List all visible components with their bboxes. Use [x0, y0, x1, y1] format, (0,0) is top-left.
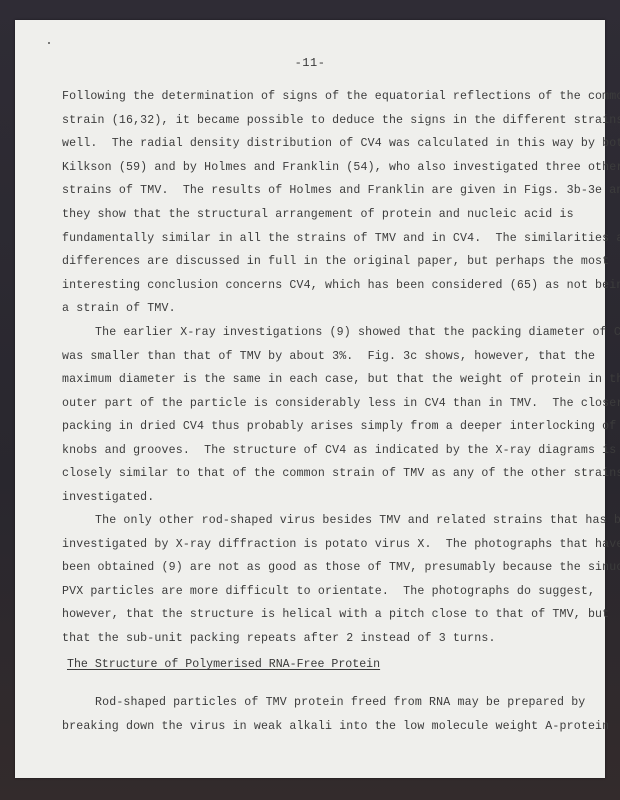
paragraph-2-line: packing in dried CV4 thus probably arise… — [62, 420, 616, 433]
paragraph-1-line: interesting conclusion concerns CV4, whi… — [62, 279, 620, 292]
paragraph-2-line: The earlier X-ray investigations (9) sho… — [95, 326, 620, 339]
paper-speck — [48, 42, 50, 44]
paragraph-2-line: investigated. — [62, 491, 154, 504]
paragraph-3-line: investigated by X-ray diffraction is pot… — [62, 538, 620, 551]
paragraph-1-line: differences are discussed in full in the… — [62, 255, 609, 268]
paragraph-2-line: outer part of the particle is considerab… — [62, 397, 620, 410]
paragraph-2-line: was smaller than that of TMV by about 3%… — [62, 350, 595, 363]
paragraph-2-line: maximum diameter is the same in each cas… — [62, 373, 620, 386]
paragraph-1-line: they show that the structural arrangemen… — [62, 208, 574, 221]
paragraph-1-line: well. The radial density distribution of… — [62, 137, 620, 150]
paragraph-1-line: a strain of TMV. — [62, 302, 176, 315]
paragraph-1-line: Following the determination of signs of … — [62, 90, 620, 103]
section-paragraph-line: Rod-shaped particles of TMV protein free… — [95, 696, 585, 709]
section-heading: The Structure of Polymerised RNA-Free Pr… — [67, 658, 380, 671]
paragraph-3-line: that the sub-unit packing repeats after … — [62, 632, 496, 645]
paragraph-3-line: PVX particles are more difficult to orie… — [62, 585, 595, 598]
paragraph-3-line: been obtained (9) are not as good as tho… — [62, 561, 620, 574]
paragraph-1-line: fundamentally similar in all the strains… — [62, 232, 620, 245]
paragraph-3-line: however, that the structure is helical w… — [62, 608, 609, 621]
paragraph-1-line: Kilkson (59) and by Holmes and Franklin … — [62, 161, 620, 174]
section-paragraph-line: breaking down the virus in weak alkali i… — [62, 720, 609, 733]
paragraph-2-line: closely similar to that of the common st… — [62, 467, 620, 480]
paragraph-1-line: strain (16,32), it became possible to de… — [62, 114, 620, 127]
page-number: -11- — [0, 56, 620, 70]
paragraph-3-line: The only other rod-shaped virus besides … — [95, 514, 620, 527]
paragraph-1-line: strains of TMV. The results of Holmes an… — [62, 184, 620, 197]
paragraph-2-line: knobs and grooves. The structure of CV4 … — [62, 444, 620, 457]
